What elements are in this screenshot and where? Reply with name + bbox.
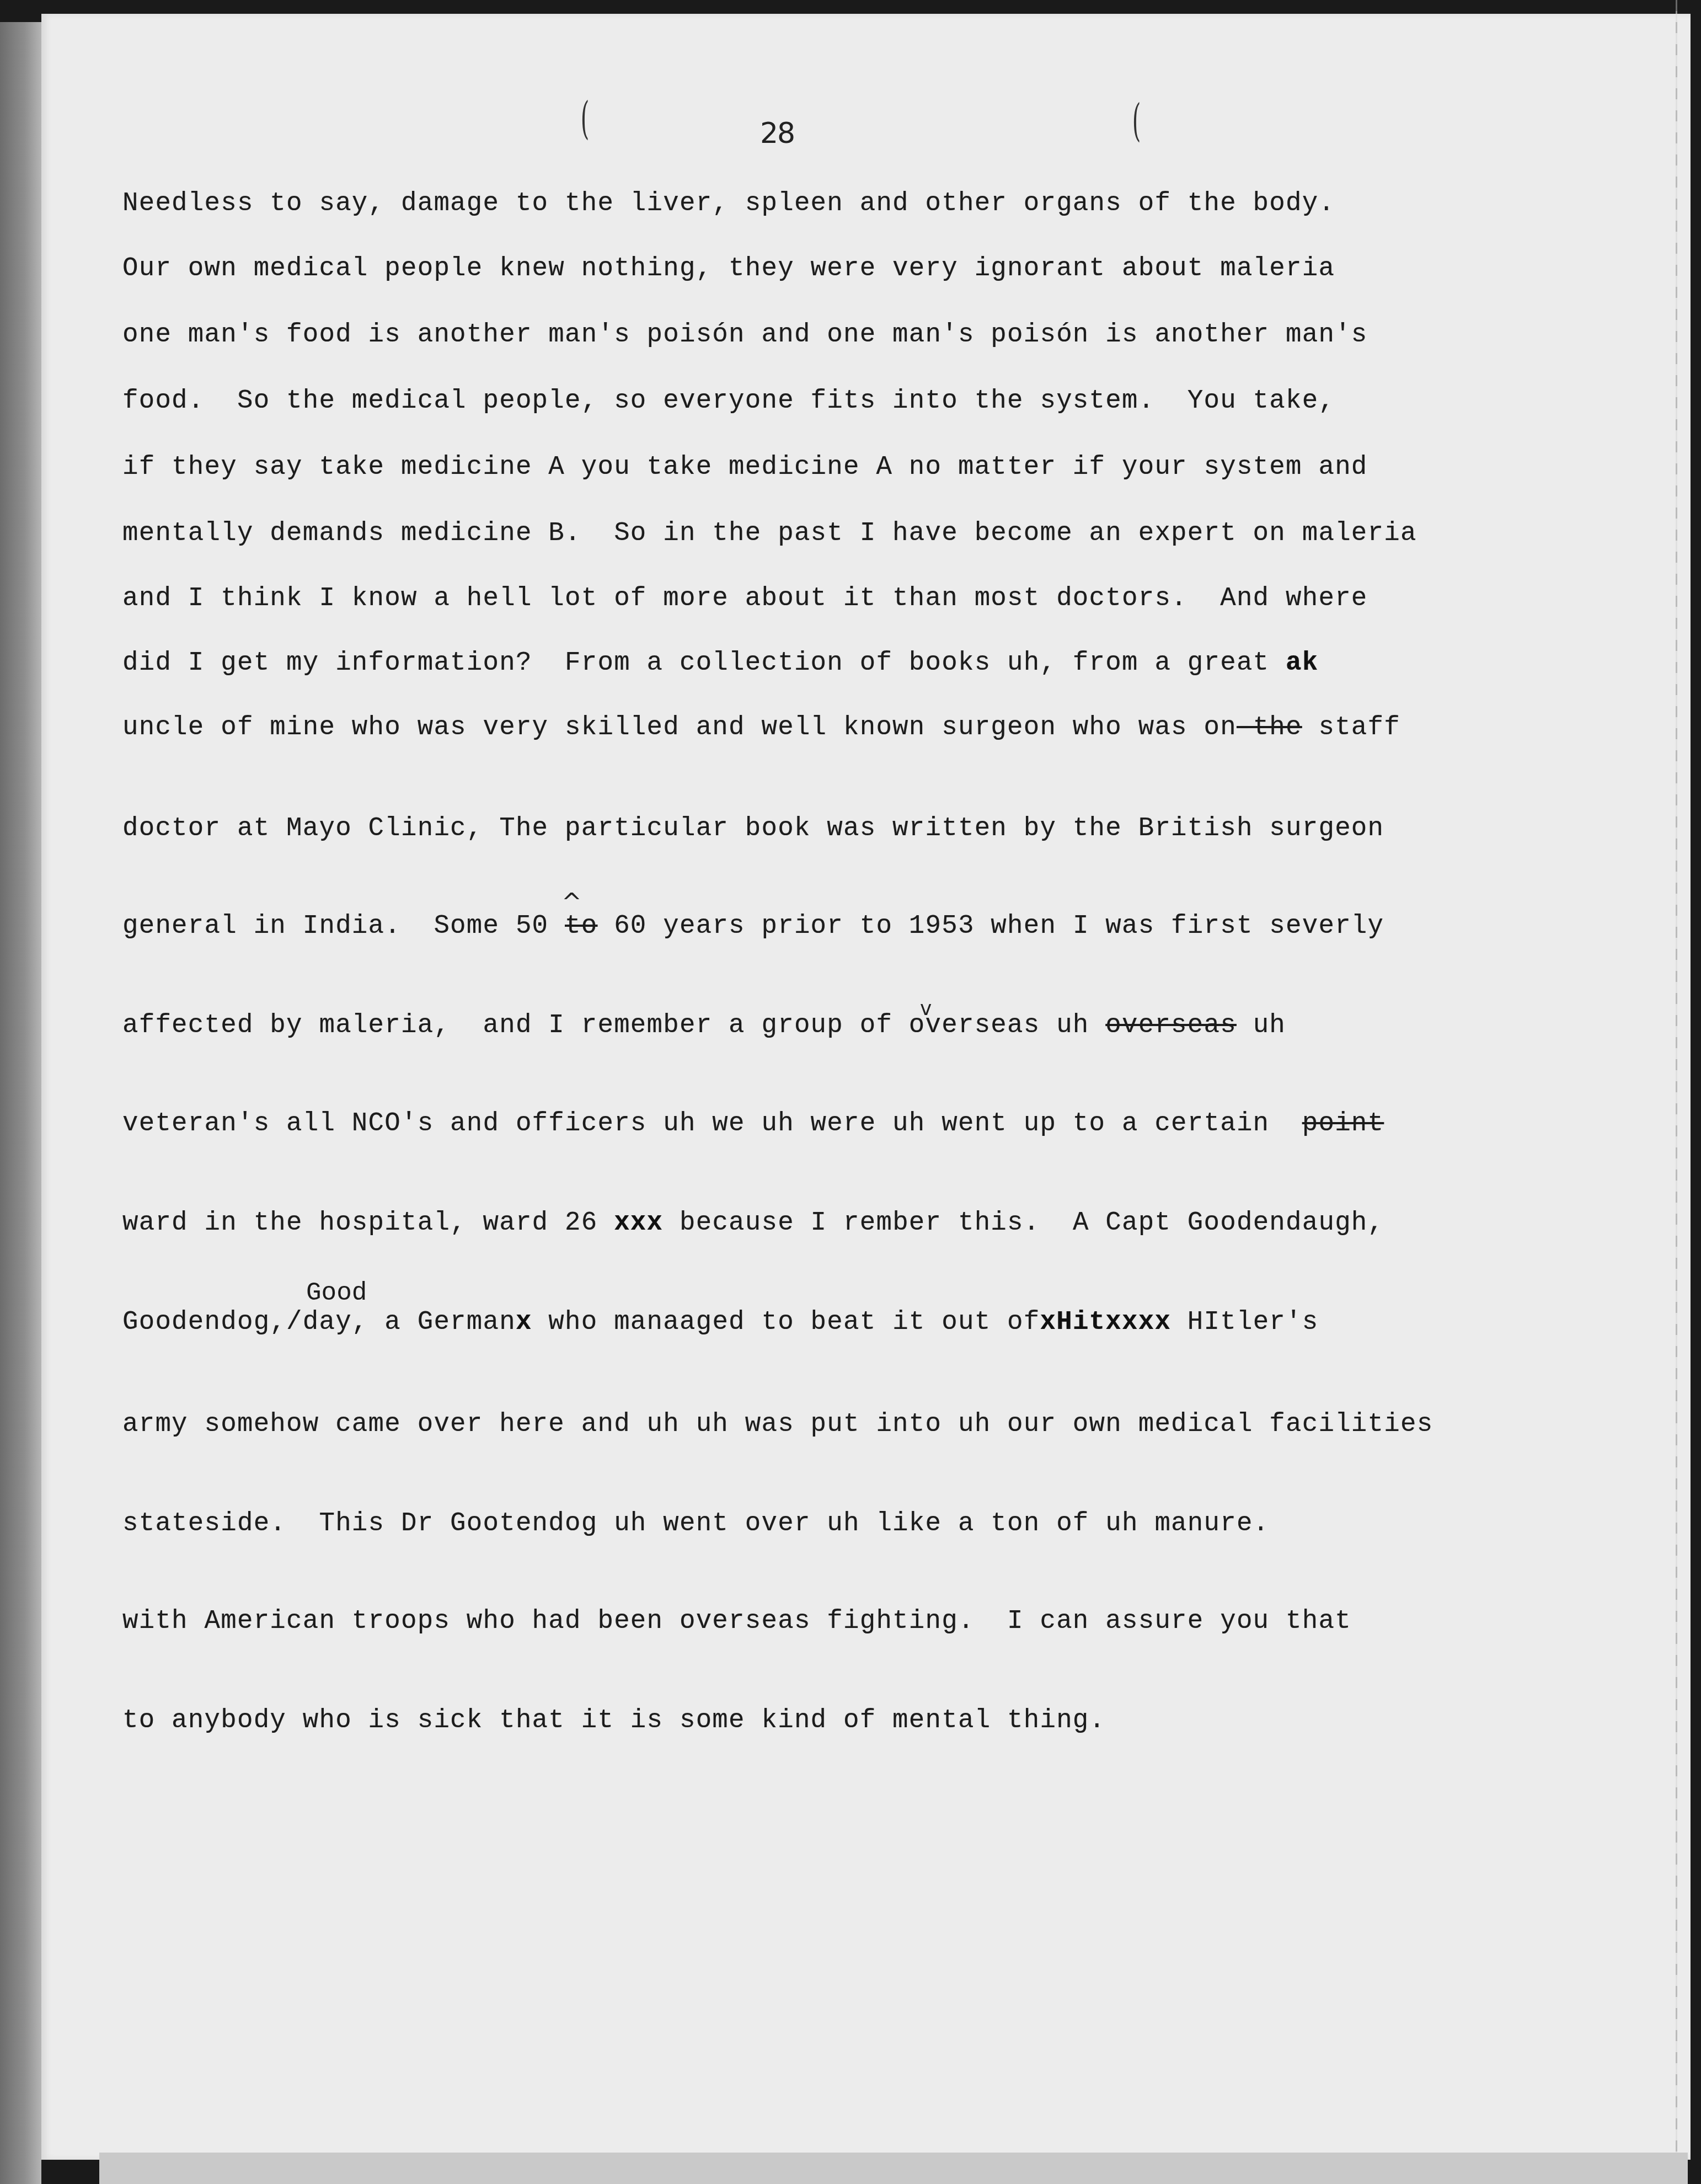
text-line-11: general in India. Some 50 to 60 years pr…: [122, 911, 1384, 941]
text-line-15-mid: who manaaged to beat it out of: [532, 1307, 1040, 1337]
text-line-1: Needless to say, damage to the liver, sp…: [122, 189, 1335, 218]
scan-left-border: [0, 22, 41, 2184]
text-line-11-tail: 60 years prior to 1953 when I was first …: [597, 911, 1384, 941]
typed-xout: xxx: [614, 1208, 663, 1238]
text-line-13: veteran's all NCO's and officers uh we u…: [122, 1109, 1384, 1139]
text-line-11-main: general in India. Some 50: [122, 911, 565, 941]
text-line-8-main: did I get my information? From a collect…: [122, 648, 1286, 678]
typed-xout: ak: [1286, 648, 1318, 678]
text-line-13-main: veteran's all NCO's and officers uh we u…: [122, 1109, 1302, 1139]
text-line-15: Goodendog,/day, a Germanx who manaaged t…: [122, 1307, 1318, 1337]
text-line-12: affected by maleria, and I remember a gr…: [122, 1011, 1286, 1040]
text-line-9-main: uncle of mine who was very skilled and w…: [122, 713, 1237, 743]
text-line-14: ward in the hospital, ward 26 xxx becaus…: [122, 1208, 1384, 1238]
text-line-17: stateside. This Dr Gootendog uh went ove…: [122, 1509, 1269, 1539]
text-line-12-tail: uh: [1237, 1011, 1286, 1040]
scan-bottom-border: [99, 2153, 1688, 2184]
header-mark-right: (: [1132, 95, 1141, 146]
text-line-19: to anybody who is sick that it is some k…: [122, 1706, 1105, 1736]
struck-text: -the: [1237, 713, 1302, 743]
text-line-7: and I think I know a hell lot of more ab…: [122, 584, 1368, 613]
text-line-2: Our own medical people knew nothing, the…: [122, 254, 1335, 284]
text-line-9-tail: staff: [1302, 713, 1400, 743]
interlinear-insertion: Good: [306, 1279, 367, 1307]
text-line-14-tail: because I rember this. A Capt Goodendaug…: [663, 1208, 1384, 1238]
page-number: 28: [760, 117, 794, 150]
typed-xout: x: [516, 1307, 532, 1337]
text-line-15-main: Goodendog,/day, a German: [122, 1307, 516, 1337]
text-line-4: food. So the medical people, so everyone…: [122, 386, 1335, 416]
text-line-3: one man's food is another man's poisón a…: [122, 320, 1368, 350]
text-line-16: army somehow came over here and uh uh wa…: [122, 1409, 1433, 1439]
header-mark-left: (: [581, 93, 590, 144]
text-line-8: did I get my information? From a collect…: [122, 648, 1318, 678]
text-line-12-main: affected by maleria, and I remember a gr…: [122, 1011, 1105, 1040]
typed-xout: xHitxxxx: [1040, 1307, 1171, 1337]
page-right-edge: [1676, 0, 1677, 2184]
text-line-6: mentally demands medicine B. So in the p…: [122, 519, 1417, 548]
text-line-18: with American troops who had been overse…: [122, 1606, 1351, 1636]
struck-text: overseas: [1105, 1011, 1237, 1040]
text-line-9: uncle of mine who was very skilled and w…: [122, 713, 1400, 743]
insertion-caret-mark: ^: [561, 888, 582, 916]
text-line-15-tail: HItler's: [1171, 1307, 1318, 1337]
text-line-10: doctor at Mayo Clinic, The particular bo…: [122, 814, 1384, 843]
handwritten-check-mark: v: [920, 997, 932, 1020]
struck-text: point: [1302, 1109, 1384, 1139]
text-line-5: if they say take medicine A you take med…: [122, 452, 1368, 482]
text-line-14-main: ward in the hospital, ward 26: [122, 1208, 614, 1238]
